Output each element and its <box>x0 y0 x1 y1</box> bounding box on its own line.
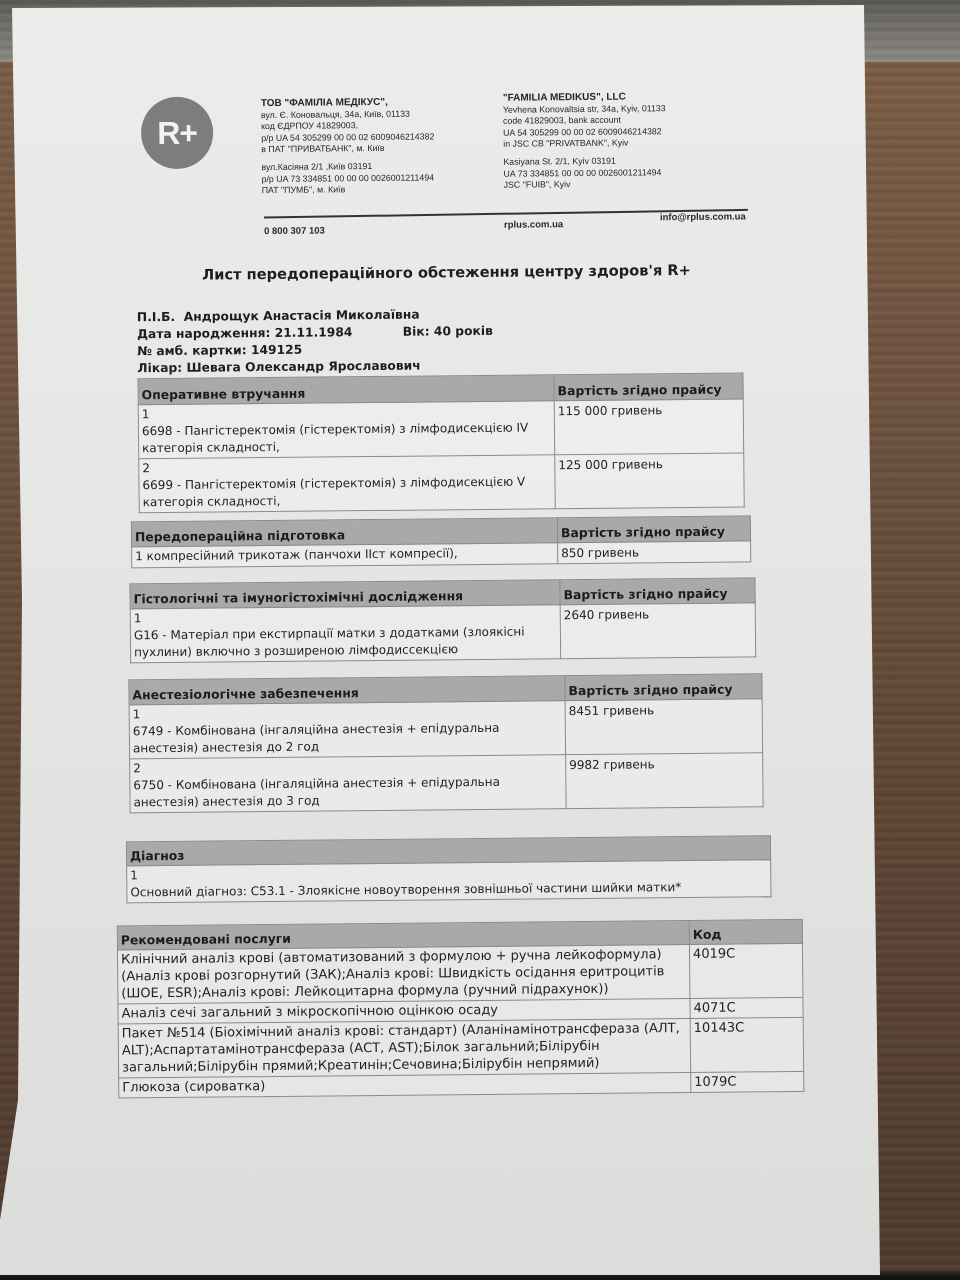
procedure-text: 6699 - Пангістеректомія (гістеректомія) … <box>142 475 525 510</box>
org-en-line: UA 54 305299 00 00 02 6009046214382 <box>503 126 666 139</box>
patient-card-number: 149125 <box>251 343 302 357</box>
table-row: 16749 - Комбінована (інгаляційна анестез… <box>129 699 762 759</box>
org-ua-line: р/р UA 73 334851 00 00 00 0026001211494 <box>262 172 435 185</box>
rplus-logo-icon: R+ <box>141 97 214 170</box>
price-header: Вартість згідно прайсу <box>565 674 762 701</box>
service-code: 1079C <box>691 1071 804 1092</box>
histology-table: Гістологічні та імуногістохімічні дослід… <box>129 577 756 663</box>
price-value: 115 000 гривень <box>554 399 744 455</box>
table-row: 26750 - Комбінована (інгаляційна анестез… <box>130 753 763 813</box>
diagnosis-table: Діагноз 1Основний діагноз: C53.1 - Злояк… <box>126 835 772 903</box>
table-row: Пакет №514 (Біохімічний аналіз крові: ст… <box>118 1017 803 1078</box>
org-ua-line: вул. Є. Коновальця, 34а, Київ, 01133 <box>261 108 434 121</box>
services-table: Рекомендовані послуги Код Клінічний анал… <box>117 919 805 1099</box>
anesthesia-table: Анестезіологічне забезпечення Вартість з… <box>128 673 763 813</box>
patient-age: 40 років <box>434 324 493 339</box>
code-header: Код <box>689 919 802 944</box>
diagnosis-text: Основний діагноз: C53.1 - Злоякісне ново… <box>130 880 681 899</box>
org-en-line: JSC "FUIB", Kyiv <box>504 178 667 191</box>
card-label: № амб. картки: <box>137 343 247 358</box>
price-header: Вартість згідно прайсу <box>560 578 755 605</box>
table-row: 16698 - Пангістеректомія (гістеректомія)… <box>138 399 743 459</box>
price-value: 2640 гривень <box>560 603 756 659</box>
phone-number: 0 800 307 103 <box>264 225 325 237</box>
preparation-table: Передопераційна підготовка Вартість згід… <box>131 515 751 568</box>
org-ua-line: р/р UA 54 305299 00 00 02 6009046214382 <box>261 131 434 144</box>
org-en-line: Yevhena Konovaltsia str, 34a, Kyiv, 0113… <box>503 103 666 116</box>
patient-dob-row: Дата народження: 21.11.1984 Вік: 40 рокі… <box>137 323 493 343</box>
table-row: 26699 - Пангістеректомія (гістеректомія)… <box>139 453 744 513</box>
surgery-header: Оперативне втручання <box>138 375 554 405</box>
anesthesia-text: 6749 - Комбінована (інгаляційна анестезі… <box>133 721 500 756</box>
email: info@rplus.com.ua <box>660 211 746 223</box>
age-label: Вік: <box>403 324 430 338</box>
price-value: 8451 гривень <box>565 699 763 755</box>
org-en-line: UA 73 334851 00 00 00 0026001211494 <box>503 167 666 180</box>
patient-dob: 21.11.1984 <box>275 325 353 340</box>
table-row: 1G16 - Матеріал при екстирпації матки з … <box>130 603 755 663</box>
table-row: Клінічний аналіз крові (автоматизований … <box>117 943 802 1004</box>
org-details-en: "FAMILIA MEDIKUS", LLC Yevhena Konovalts… <box>503 91 667 191</box>
website: rplus.com.ua <box>504 219 563 231</box>
histology-text: G16 - Матеріал при екстирпації матки з д… <box>134 625 525 660</box>
procedure-text: 6698 - Пангістеректомія (гістеректомія) … <box>142 421 528 456</box>
table-row: 1Основний діагноз: C53.1 - Злоякісне нов… <box>127 860 771 903</box>
price-value: 9982 гривень <box>566 753 764 809</box>
price-header: Вартість згідно прайсу <box>554 373 743 401</box>
name-label: П.І.Б. <box>137 310 175 324</box>
price-header: Вартість згідно прайсу <box>557 516 750 543</box>
patient-info: П.І.Б. Андрощук Анастасія Миколаївна Дат… <box>137 306 493 377</box>
service-code: 10143C <box>690 1017 804 1072</box>
price-value: 125 000 гривень <box>555 453 745 509</box>
doctor-label: Лікар: <box>137 361 182 375</box>
service-code: 4071C <box>690 997 803 1018</box>
surgery-table: Оперативне втручання Вартість згідно пра… <box>137 372 744 513</box>
dob-label: Дата народження: <box>137 326 270 341</box>
price-value: 850 гривень <box>558 541 751 564</box>
org-ua-line: ПАТ "ПУМБ", м. Київ <box>262 184 435 197</box>
doctor-name: Шевага Олександр Ярославович <box>186 359 420 375</box>
service-text: Глюкоза (сироватка) <box>119 1072 691 1097</box>
org-details-ua: ТОВ "ФАМІЛІА МЕДІКУС", вул. Є. Коновальц… <box>261 96 435 196</box>
preparation-text: 1 компресійний трикотаж (панчохи IIст ко… <box>132 543 558 568</box>
service-text: Клінічний аналіз крові (автоматизований … <box>117 945 689 1004</box>
service-code: 4019C <box>689 943 803 998</box>
service-text: Пакет №514 (Біохімічний аналіз крові: ст… <box>118 1019 690 1078</box>
document-page: R+ ТОВ "ФАМІЛІА МЕДІКУС", вул. Є. Конова… <box>0 0 960 1280</box>
anesthesia-text: 6750 - Комбінована (інгаляційна анестезі… <box>133 775 500 810</box>
document-title: Лист передопераційного обстеження центру… <box>146 261 746 284</box>
patient-doctor-row: Лікар: Шевага Олександр Ярославович <box>137 357 493 377</box>
patient-name: Андрощук Анастасія Миколаївна <box>184 308 420 324</box>
